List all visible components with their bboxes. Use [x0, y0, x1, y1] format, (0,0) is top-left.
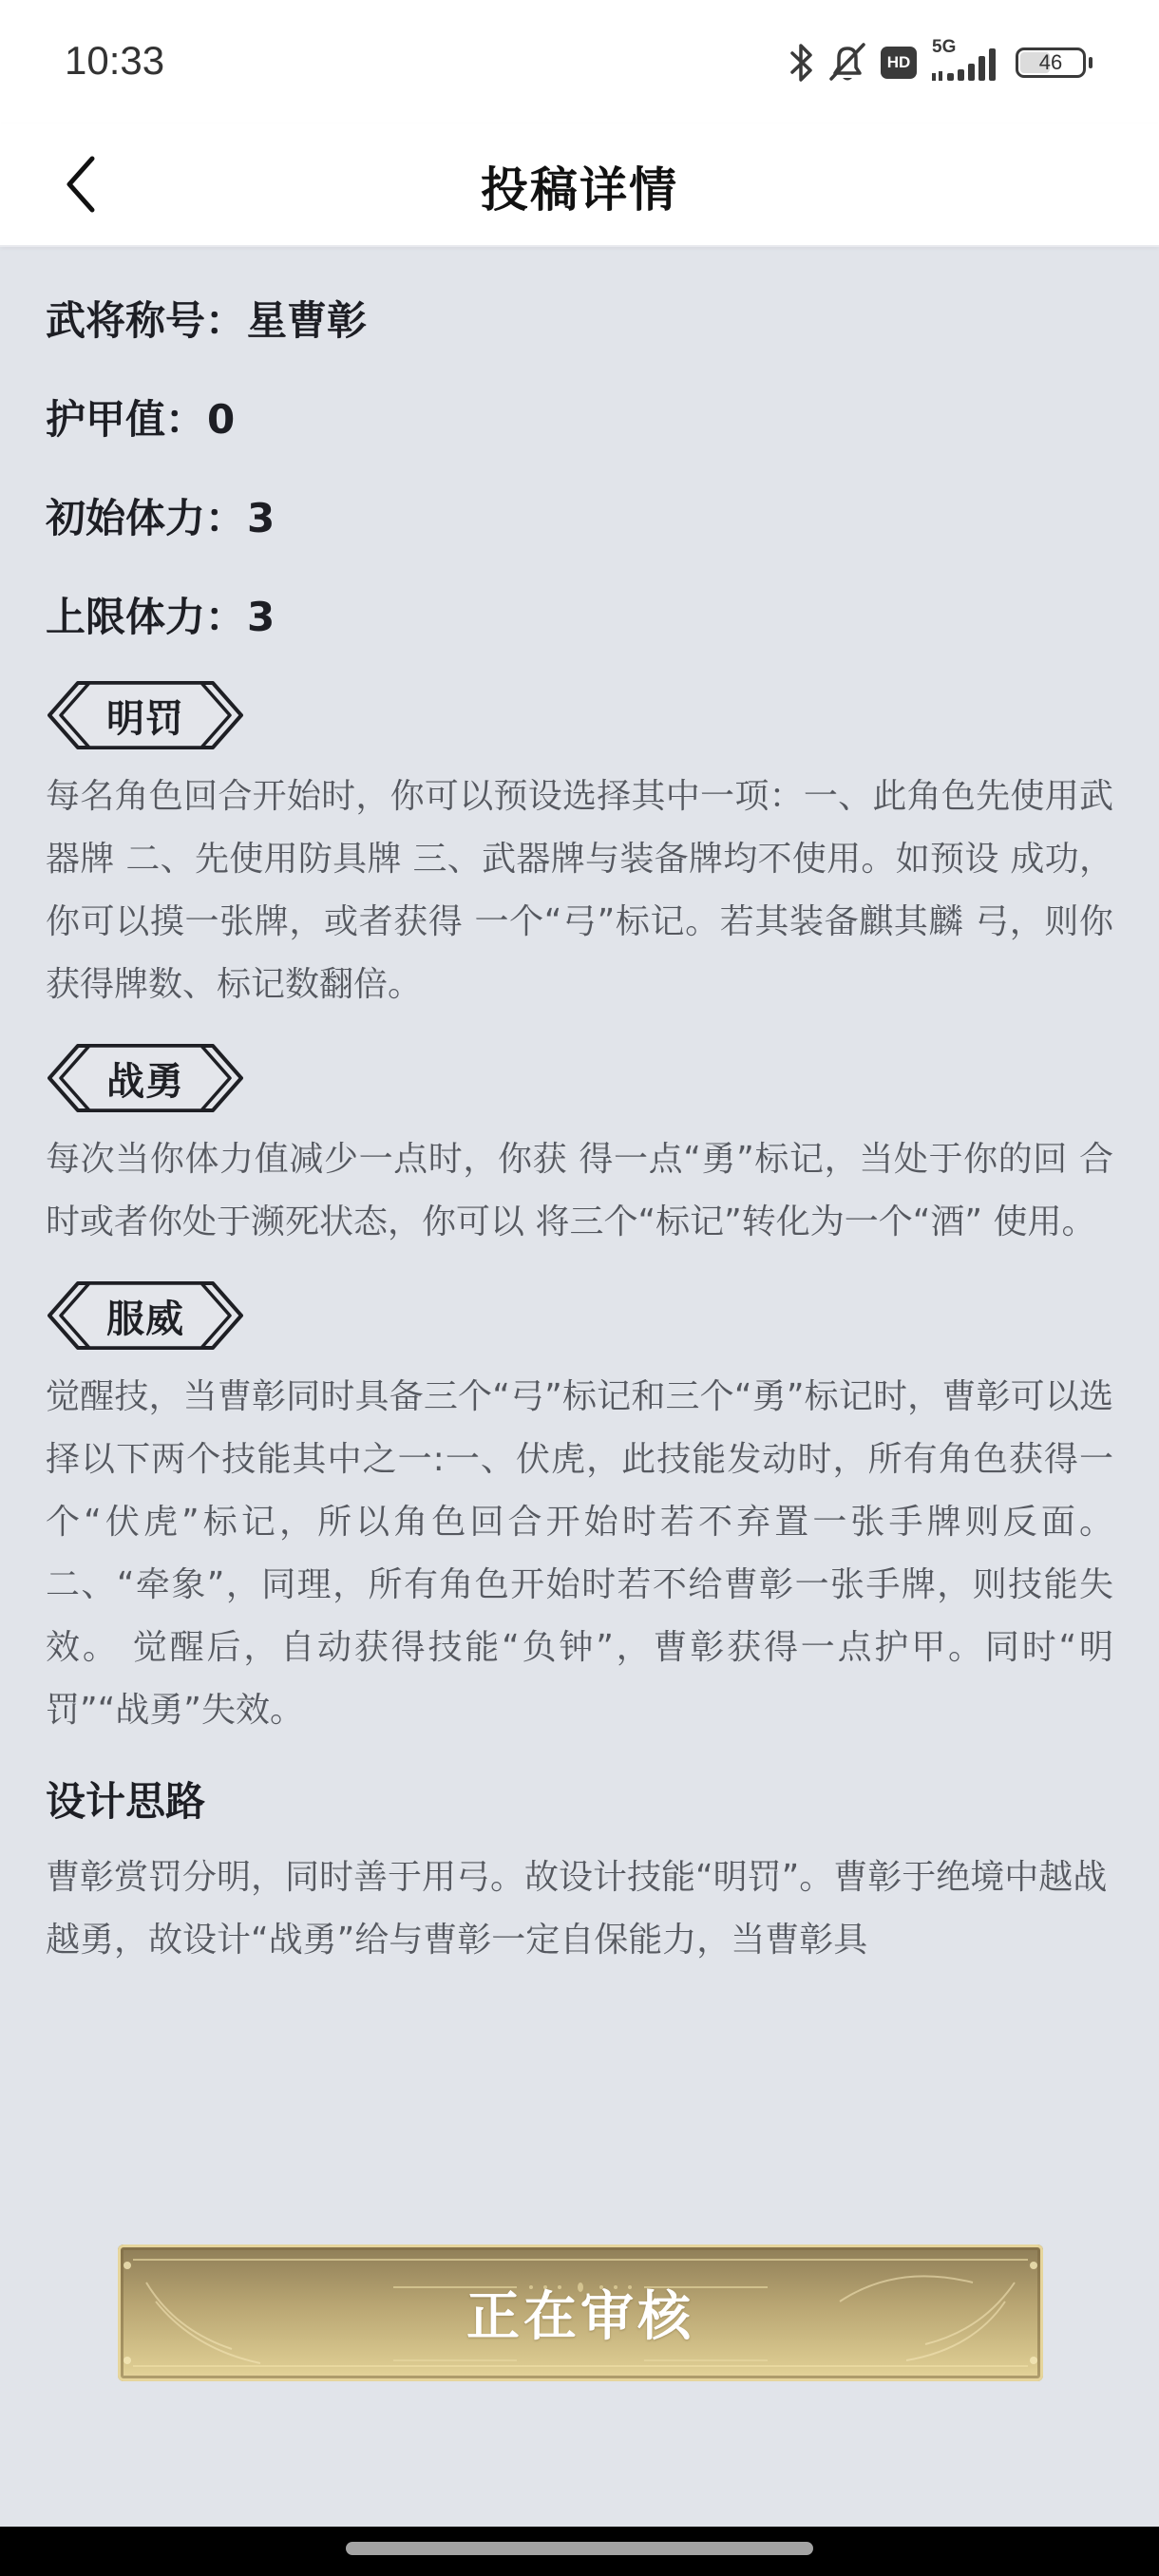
skill-badge: 战勇 [46, 1043, 245, 1113]
gesture-nav-area [0, 2527, 1159, 2576]
skill-name: 服威 [106, 1289, 184, 1343]
design-description: 曹彰赏罚分明，同时善于用弓。故设计技能“明罚”。曹彰于绝境中越战越勇，故设计“战… [46, 1847, 1113, 1972]
bell-muted-icon [827, 41, 867, 85]
armor-row: 护甲值：0 [46, 370, 1113, 469]
initial-hp-row: 初始体力：3 [46, 469, 1113, 568]
armor-value: 0 [207, 396, 235, 443]
status-time: 10:33 [65, 38, 164, 84]
general-title-label: 武将称号： [46, 297, 245, 344]
max-hp-label: 上限体力： [46, 594, 245, 640]
bluetooth-icon [789, 42, 814, 84]
design-section-title: 设计思路 [46, 1769, 1113, 1835]
skill-badge: 服威 [46, 1280, 245, 1351]
initial-hp-value: 3 [247, 495, 275, 541]
skill-name: 战勇 [106, 1051, 184, 1106]
max-hp-row: 上限体力：3 [46, 568, 1113, 667]
header: 投稿详情 [0, 123, 1159, 247]
status-bar: 10:33 HD 5G 46 [0, 0, 1159, 123]
page-title: 投稿详情 [0, 152, 1159, 220]
submission-content[interactable]: 武将称号：星曹彰 护甲值：0 初始体力：3 上限体力：3 明罚 每名角色回合开始… [0, 249, 1159, 2099]
5g-signal-icon: 5G [930, 41, 1002, 85]
battery-level: 46 [1039, 50, 1062, 75]
skill-description: 觉醒技，当曹彰同时具备三个“弓”标记和三个“勇”标记时，曹彰可以选择以下两个技能… [46, 1366, 1113, 1742]
armor-label: 护甲值： [46, 396, 205, 443]
skill-description: 每名角色回合开始时，你可以预设选择其中一项：一、此角色先使用武器牌 二、先使用防… [46, 766, 1113, 1016]
general-title-row: 武将称号：星曹彰 [46, 272, 1113, 370]
initial-hp-label: 初始体力： [46, 495, 245, 541]
skill-badge: 明罚 [46, 680, 245, 750]
skill-description: 每次当你体力值减少一点时，你获 得一点“勇”标记，当处于你的回 合时或者你处于濒… [46, 1128, 1113, 1254]
battery-tip [1089, 57, 1092, 68]
hd-icon: HD [881, 47, 917, 79]
max-hp-value: 3 [247, 594, 275, 640]
home-gesture-bar[interactable] [346, 2542, 813, 2555]
skill-name: 明罚 [106, 689, 184, 743]
review-status-label: 正在审核 [466, 2275, 694, 2351]
status-icons: HD 5G 46 [789, 38, 1092, 87]
general-title-value: 星曹彰 [247, 297, 367, 344]
battery-icon: 46 [1016, 47, 1086, 78]
review-status-button[interactable]: 正在审核 [118, 2245, 1043, 2381]
